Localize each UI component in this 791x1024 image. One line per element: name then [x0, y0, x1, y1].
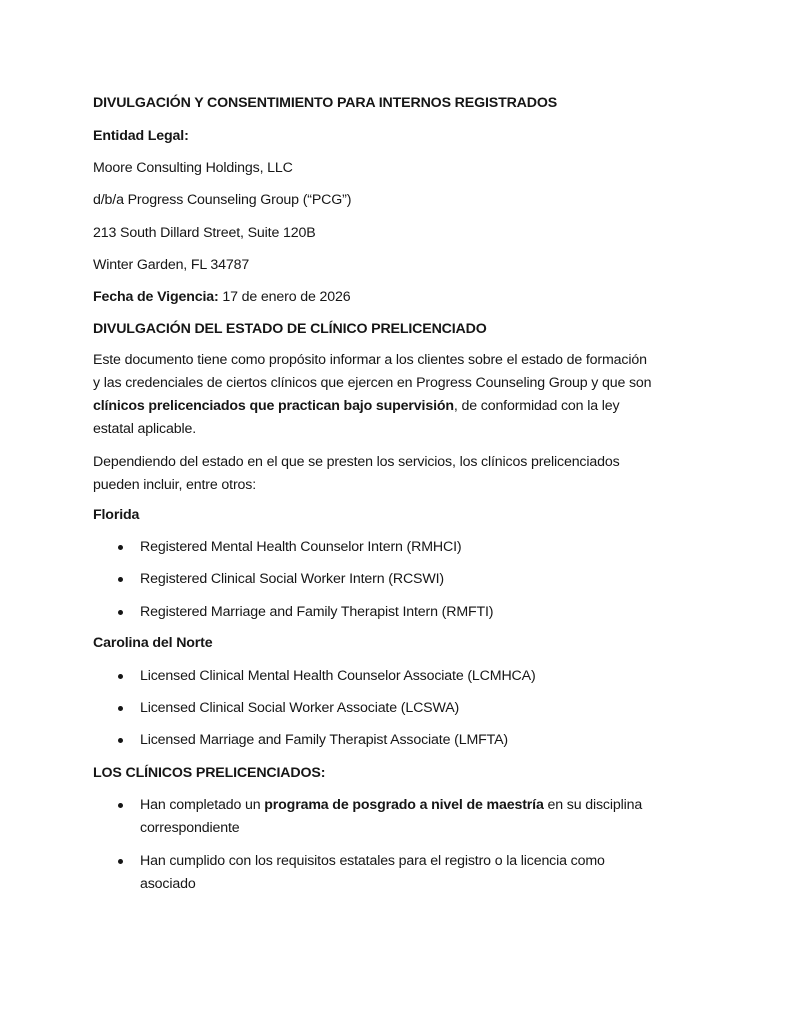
list-item-text: Han cumplido con los requisitos estatale…: [140, 852, 605, 870]
effective-date-label: Fecha de Vigencia:: [93, 289, 219, 305]
bullet-icon: [118, 577, 123, 582]
bullet-icon: [118, 738, 123, 743]
bullet-icon: [118, 545, 123, 550]
paragraph-purpose-line-3: clínicos prelicenciados que practican ba…: [93, 397, 619, 415]
paragraph-depending-line-1: Dependiendo del estado en el que se pres…: [93, 453, 620, 471]
effective-date-value: 17 de enero de 2026: [219, 289, 351, 305]
paragraph-purpose-line-4: estatal aplicable.: [93, 420, 196, 438]
list-item-text: Licensed Marriage and Family Therapist A…: [140, 731, 508, 749]
legal-entity-name: Moore Consulting Holdings, LLC: [93, 159, 293, 177]
paragraph-purpose-line-2: y las credenciales de ciertos clínicos q…: [93, 374, 651, 392]
legal-entity-label: Entidad Legal:: [93, 127, 189, 145]
list-item-text: Registered Clinical Social Worker Intern…: [140, 570, 444, 588]
list-item-text: Licensed Clinical Mental Health Counselo…: [140, 667, 536, 685]
address-line-2: Winter Garden, FL 34787: [93, 256, 249, 274]
list-item-text: Registered Marriage and Family Therapist…: [140, 603, 493, 621]
state-heading-florida: Florida: [93, 506, 139, 524]
document-title: DIVULGACIÓN Y CONSENTIMIENTO PARA INTERN…: [93, 94, 557, 112]
bullet-icon: [118, 803, 123, 808]
document-page: DIVULGACIÓN Y CONSENTIMIENTO PARA INTERN…: [0, 0, 791, 1024]
paragraph-purpose-line-3-rest: , de conformidad con la ley: [454, 398, 620, 414]
effective-date: Fecha de Vigencia: 17 de enero de 2026: [93, 288, 350, 306]
paragraph-purpose-line-1: Este documento tiene como propósito info…: [93, 351, 647, 369]
bullet-icon: [118, 674, 123, 679]
list-item-text: Registered Mental Health Counselor Inter…: [140, 538, 461, 556]
bullet-icon: [118, 859, 123, 864]
section-heading-status: DIVULGACIÓN DEL ESTADO DE CLÍNICO PRELIC…: [93, 320, 487, 338]
supervision-emphasis: clínicos prelicenciados que practican ba…: [93, 398, 454, 414]
address-line-1: 213 South Dillard Street, Suite 120B: [93, 224, 316, 242]
bullet-icon: [118, 610, 123, 615]
masters-program-emphasis: programa de posgrado a nivel de maestría: [264, 797, 543, 813]
state-heading-north-carolina: Carolina del Norte: [93, 634, 213, 652]
list-item-text: asociado: [140, 875, 196, 893]
paragraph-depending-line-2: pueden incluir, entre otros:: [93, 476, 256, 494]
bullet-icon: [118, 706, 123, 711]
list-item-text: correspondiente: [140, 819, 240, 837]
section-heading-preclinicians: LOS CLÍNICOS PRELICENCIADOS:: [93, 764, 325, 782]
list-item-text: Licensed Clinical Social Worker Associat…: [140, 699, 459, 717]
list-item-text: Han completado un programa de posgrado a…: [140, 796, 642, 814]
legal-entity-dba: d/b/a Progress Counseling Group (“PCG”): [93, 191, 351, 209]
